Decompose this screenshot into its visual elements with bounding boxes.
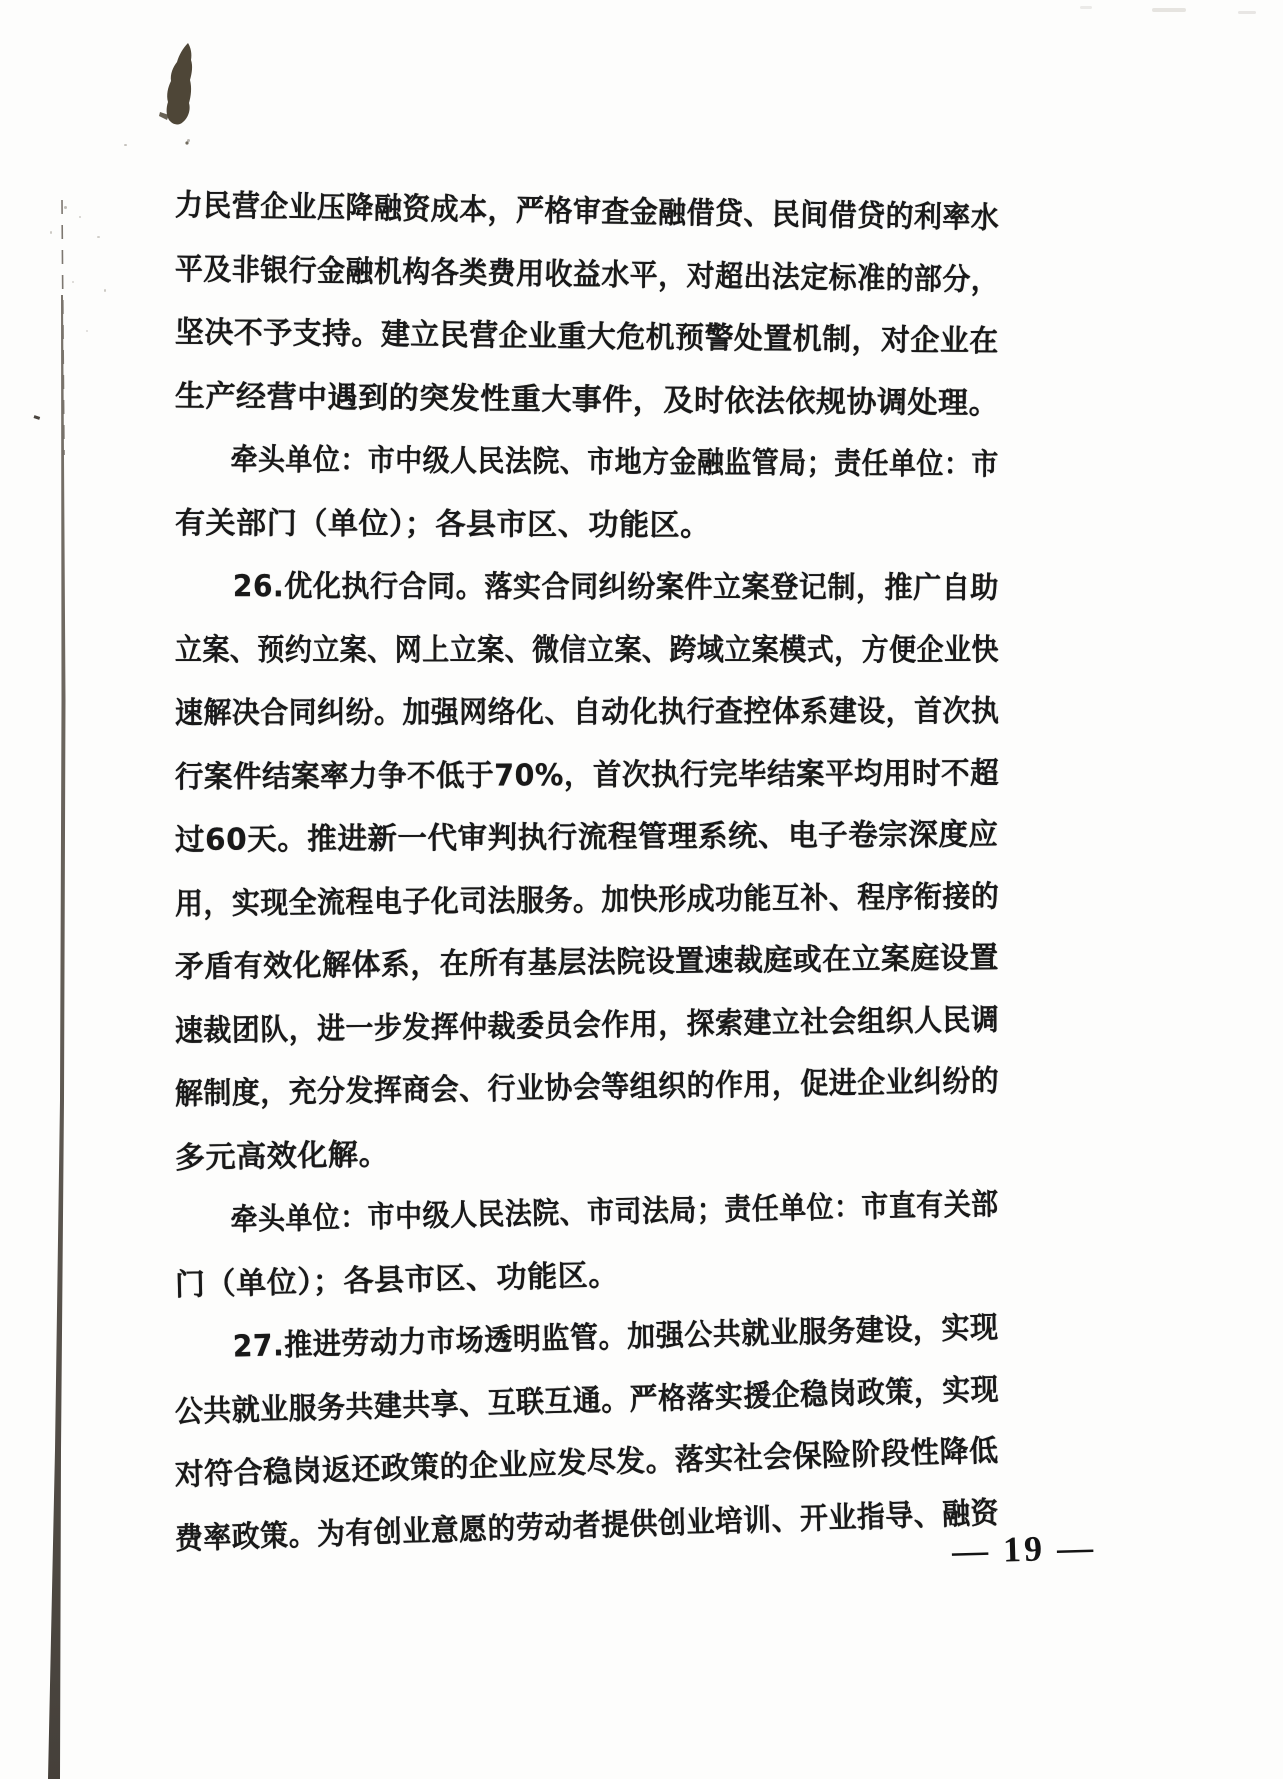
text-line: 平及非银行金融机构各类费用收益水平，对超出法定标准的部分， (175, 238, 941, 312)
page-number: — 19 — (951, 1526, 1096, 1572)
binding-shadow-line (0, 0, 90, 1779)
text-line: 26.优化执行合同。落实合同纠纷案件立案登记制，推广自助 (175, 555, 945, 620)
text-line: 牵头单位：市中级人民法院、市地方金融监管局；责任单位：市 (175, 428, 914, 496)
text-line: 生产经营中遇到的突发性重大事件，及时依法依规协调处理。 (175, 365, 998, 436)
text-line: 立案、预约立案、网上立案、微信立案、跨域立案模式，方便企业快 (175, 618, 915, 682)
scanned-document-page: 力民营企业压降融资成本，严格审查金融借贷、民间借贷的利率水平及非银行金融机构各类… (0, 0, 1283, 1779)
text-line: 坚决不予支持。建立民营企业重大危机预警处置机制，对企业在 (175, 301, 968, 373)
ink-stain (155, 40, 205, 150)
text-line: 行案件结案率力争不低于70%，首次执行完毕结案平均用时不超 (175, 742, 957, 809)
text-line: 速解决合同纠纷。加强网络化、自动化执行查控体系建设，首次执 (175, 680, 941, 745)
text-line: 有关部门（单位）；各县市区、功能区。 (175, 492, 999, 559)
document-body-text: 力民营企业压降融资成本，严格审查金融借贷、民间借贷的利率水平及非银行金融机构各类… (175, 174, 999, 1571)
text-line: 力民营企业压降融资成本，严格审查金融借贷、民间借贷的利率水 (175, 174, 941, 250)
text-line: 矛盾有效化解体系，在所有基层法院设置速裁庭或在立案庭设置 (175, 927, 968, 1000)
text-line: 用，实现全流程电子化司法服务。加快形成功能互补、程序衔接的 (175, 865, 941, 936)
text-line: 过60天。推进新一代审判执行流程管理系统、电子卷宗深度应 (175, 803, 985, 872)
